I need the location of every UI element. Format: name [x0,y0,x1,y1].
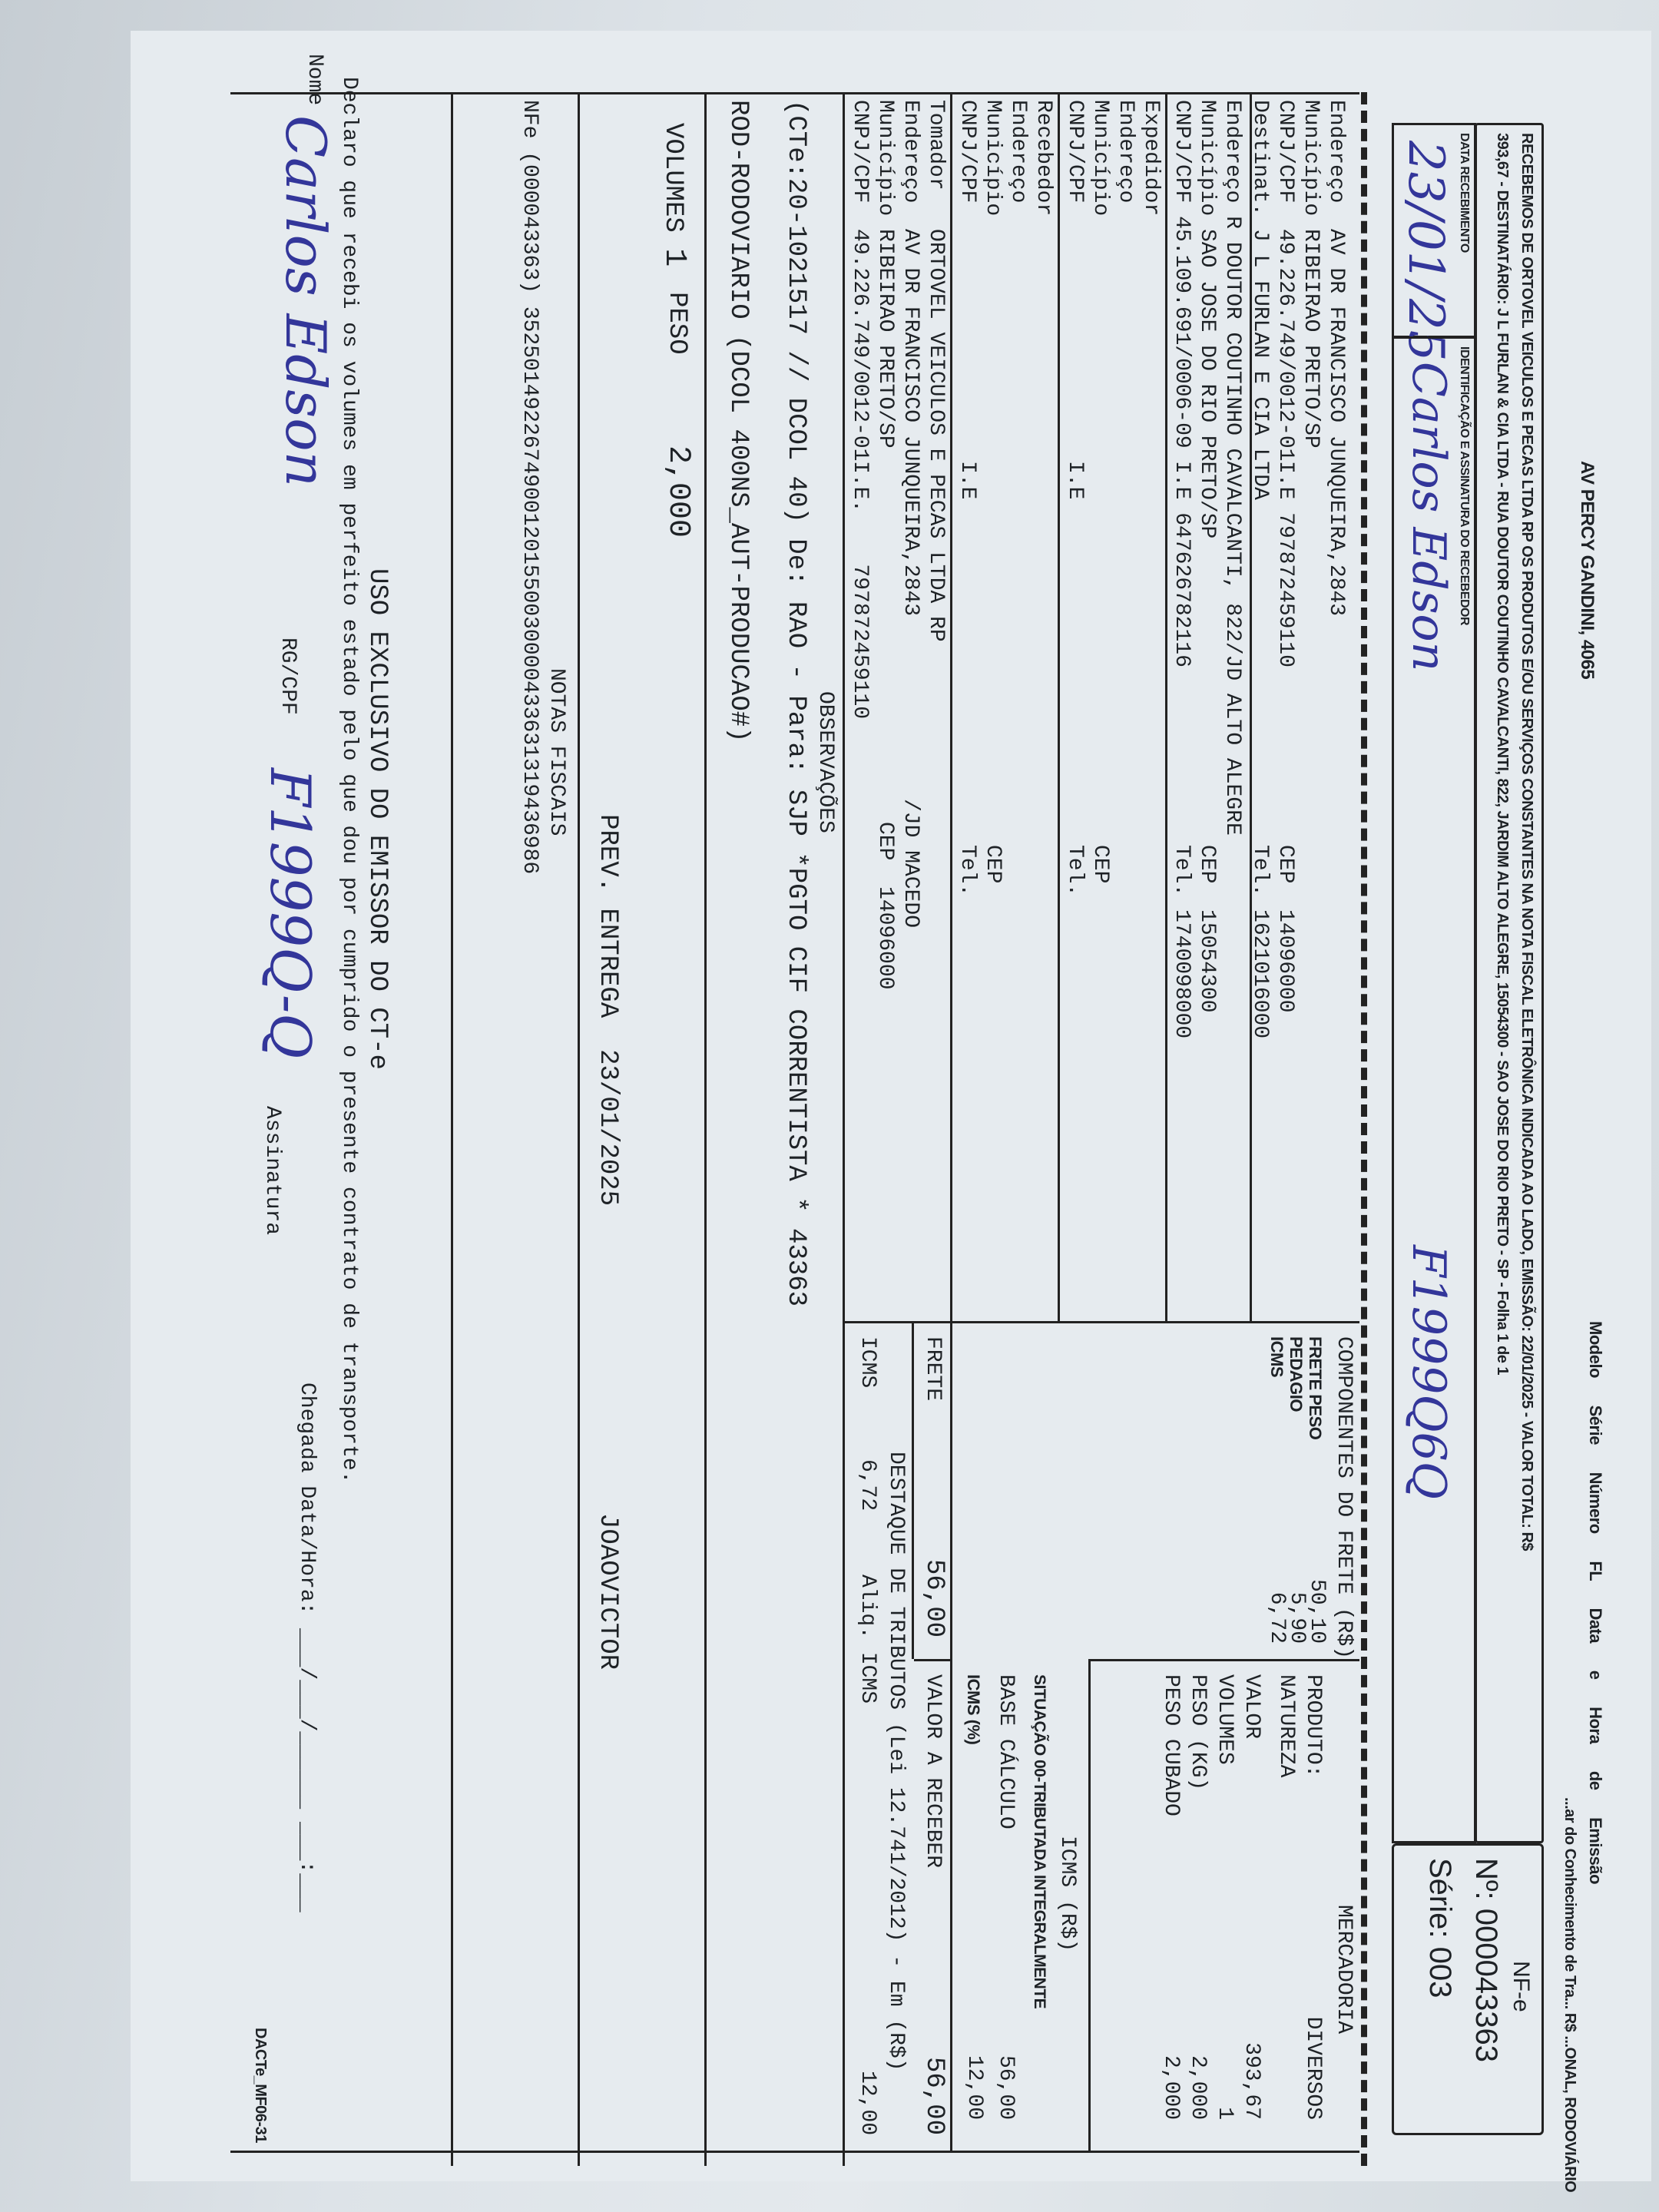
receipt-signature-box: IDENTIFICAÇÃO E ASSINATURA DO RECEBEDOR … [1392,336,1476,1843]
divider [912,1321,914,1659]
icms-aliq-label: ICMS (%) [963,1674,983,1744]
mercadoria-valor-value: 393,67 [1240,1951,1263,2120]
operator-name: JOAOVICTOR [593,1513,622,1670]
frame-right [230,2151,1359,2153]
mercadoria-natureza-label: NATUREZA [1274,1674,1298,1777]
recebedor-label: Recebedor [1031,100,1055,216]
tomador-name: Tomador ORTOVEL VEICULOS E PECAS LTDA RP [924,100,948,642]
tomador-cnpj: CNPJ/CPF 49.226.749/0012-01 [848,100,872,461]
mercadoria-peso-label: PESO (KG) [1186,1674,1210,1790]
divider [451,92,453,2166]
mercadoria-volumes-value: 1 [1213,1951,1237,2120]
mercadoria-volumes-label: VOLUMES [1213,1674,1237,1765]
frete-value: 56,00 [919,1559,949,1637]
recebedor-ie-label: I.E [955,461,979,499]
componente-frete-peso-label: FRETE PESO [1305,1336,1325,1439]
mercadoria-produto-value: DIVERSOS [1301,1951,1325,2120]
divider [1165,92,1167,1321]
peso-value: 2,000 [661,445,695,538]
rg-cpf-label: RG/CPF [276,637,300,715]
column-divider [845,1321,1359,1323]
componentes-title: COMPONENTES DO FRETE (R$) [1332,1336,1356,1659]
rg-cpf-value[interactable]: F1999Q-Q [258,768,323,1058]
field-serie: Série [1586,1406,1605,1445]
icms-aliq-value: 12,00 [962,1951,986,2120]
paper-sheet: AV PERCY GANDINI, 4065 Modelo Série Núme… [131,31,1651,2181]
destinatario-municipio: Município SAO JOSE DO RIO PRETO/SP [1195,100,1219,538]
valor-receber-value: 56,00 [919,1982,949,2135]
observacoes-title: OBSERVAÇÕES [813,691,837,833]
destinatario-cep: CEP 15054300 [1195,845,1219,1012]
tomador-bairro: /JD MACEDO [899,799,922,928]
recebedor-cnpj-label: CNPJ/CPF [955,100,979,203]
footer-title: USO EXCLUSIVO DO EMISSOR DO CT-e [363,568,392,1070]
observacoes-line2: ROD-RODOVIARIO (DCOL 400NS_AUT-PRODUCAO#… [724,100,753,743]
chegada-field[interactable]: ___/___/______ ___:___ [295,1628,319,1912]
recebedor-municipio-label: Município [981,100,1005,216]
column-divider [1091,1659,1359,1661]
mercadoria-valor-label: VALOR [1240,1674,1263,1739]
prev-entrega: PREV. ENTREGA 23/01/2025 [593,814,622,1206]
divider [578,92,580,2166]
divider [950,92,952,1321]
receipt-date-value[interactable]: 23/01/25 [1397,141,1454,361]
tomador-ie: I.E. 797872459110 [848,461,872,719]
notas-fiscais-title: NOTAS FISCAIS [545,668,568,836]
remetente-endereco: Endereço AV DR FRANCISCO JUNQUEIRA,2843 [1324,100,1348,616]
componente-icms-label: ICMS [1267,1336,1286,1377]
receipt-signature-value[interactable]: Carlos Edson [1402,362,1455,671]
remetente-municipio: Município RIBEIRAO PRETO/SP [1299,100,1323,449]
destaque-icms-value: 6,72 [856,1459,879,1511]
receipt-date-box: DATA RECEBIMENTO 23/01/25 [1392,123,1476,338]
mercadoria-peso-value: 2,000 [1186,1951,1210,2120]
nome-label: Nome [303,54,326,105]
mercadoria-produto-label: PRODUTO: [1301,1674,1325,1777]
top-street: AV PERCY GANDINI, 4065 [1576,461,1598,679]
column-divider [914,1659,952,1661]
remetente-ie: I.E 797872459110 [1273,461,1297,667]
receipt-date-label: DATA RECEBIMENTO [1457,133,1471,253]
expedidor-tel-label: Tel. [1063,845,1087,896]
destinatario-name: Destinat. J L FURLAN E CIA LTDA [1248,100,1272,500]
receipt-declaration-line2: 393,67 - DESTINATÁRIO: J L FURLAN & CIA … [1493,133,1511,1375]
expedidor-label: Expedidor [1139,100,1163,216]
tomador-cep: CEP 14096000 [873,822,897,989]
destaque-icms-label: ICMS [856,1336,879,1388]
nfe-number-box: NF-e Nº: 000043363 Série: 003 [1392,1843,1544,2135]
divider [1058,92,1060,1321]
cte-document: AV PERCY GANDINI, 4065 Modelo Série Núme… [0,0,1659,2212]
remetente-cnpj: CNPJ/CPF 49.226.749/0012-01 [1273,100,1297,461]
tomador-municipio: Município RIBEIRAO PRETO/SP [873,100,897,449]
tear-line [1361,92,1367,2166]
icms-base-label: BASE CÁLCULO [994,1674,1018,1830]
field-numero: Número [1586,1472,1605,1534]
frete-label: FRETE [921,1336,945,1401]
divider [843,92,845,2166]
destinatario-ie: I.E 647626782116 [1170,461,1194,667]
valor-receber-label: VALOR A RECEBER [921,1674,945,1868]
mercadoria-peso-cubado-value: 2,000 [1159,1951,1183,2120]
top-header-fields: Modelo Série Número FL Data e Hora de Em… [1585,1321,1605,1884]
nfe-serie: Série: 003 [1422,1858,1457,1998]
receipt-declaration-box: RECEBEMOS DE ORTOVEL VEICULOS E PECAS LT… [1475,123,1544,1843]
expedidor-cnpj-label: CNPJ/CPF [1063,100,1087,203]
field-fl: FL [1586,1561,1605,1580]
recebedor-endereco-label: Endereço [1006,100,1030,203]
nome-value[interactable]: Carlos Edson [273,115,338,487]
expedidor-municipio-label: Município [1088,100,1112,216]
divider [704,92,707,2166]
mercadoria-title: MERCADORIA [1332,1905,1356,2034]
remetente-cep: CEP 14096000 [1273,845,1297,1012]
recebedor-tel-label: Tel. [955,845,979,896]
divider [950,1321,952,2151]
receipt-declaration-line1: RECEBEMOS DE ORTOVEL VEICULOS E PECAS LT… [1518,133,1535,1551]
peso-label: PESO [662,292,691,355]
expedidor-endereco-label: Endereço [1114,100,1137,203]
destinatario-endereco: Endereço R DOUTOR COUTINHO CAVALCANTI, 8… [1220,100,1244,836]
field-data-emissao: Data e Hora de Emissão [1586,1608,1605,1884]
destinatario-tel: Tel. 1740098000 [1170,845,1194,1038]
top-header-text: ...ar do Conhecimento de Tra... R$ ...ON… [1561,1797,1578,2192]
observacoes-line1: (CTe:20-1021517 // DCOL 40) De: RAO - Pa… [781,100,810,1306]
expedidor-cep-label: CEP [1088,845,1112,883]
notas-fiscais-line: NFe (000043363) 352501492267490012015500… [518,100,541,874]
icms-situacao: SITUAÇÃO 00-TRIBUTADA INTEGRALMENTE [1030,1674,1048,2008]
destaque-aliq-label: Aliq. ICMS [856,1575,879,1704]
form-code: DACTe_MF06-31 [251,2028,269,2143]
receipt-signature-label: IDENTIFICAÇÃO E ASSINATURA DO RECEBEDOR [1457,346,1471,625]
volumes: VOLUMES 1 [657,123,691,267]
nfe-number: Nº: 000043363 [1469,1858,1503,2062]
footer-declaration: Declaro que recebi os volumes em perfeit… [337,77,361,1484]
field-modelo: Modelo [1586,1321,1605,1378]
destaque-tributos-title: DESTAQUE DE TRIBUTOS (Lei 12.741/2012) -… [884,1452,908,2071]
componente-icms-value: 6,72 [1265,1551,1289,1644]
icms-base-value: 56,00 [994,1951,1018,2120]
expedidor-ie-label: I.E [1063,461,1087,499]
icms-title: ICMS (R$) [1055,1836,1079,1952]
recebedor-cep-label: CEP [981,845,1005,883]
destinatario-cnpj: CNPJ/CPF 45.109.691/0006-09 [1170,100,1194,449]
divider [1088,1659,1091,2151]
frame-left [230,92,1359,94]
destaque-aliq-value: 12,00 [856,1982,879,2135]
chegada-label: Chegada Data/Hora: [295,1382,319,1614]
mercadoria-peso-cubado-label: PESO CUBADO [1159,1674,1183,1816]
assinatura-label: Assinatura [260,1106,284,1235]
componente-pedagio-label: PEDAGIO [1286,1336,1306,1412]
receipt-extra-handwriting: F1999Q6Q [1402,1245,1455,1499]
tomador-endereco: Endereço AV DR FRANCISCO JUNQUEIRA,2843 [899,100,922,616]
nfe-label: NF-e [1508,1961,1534,2012]
